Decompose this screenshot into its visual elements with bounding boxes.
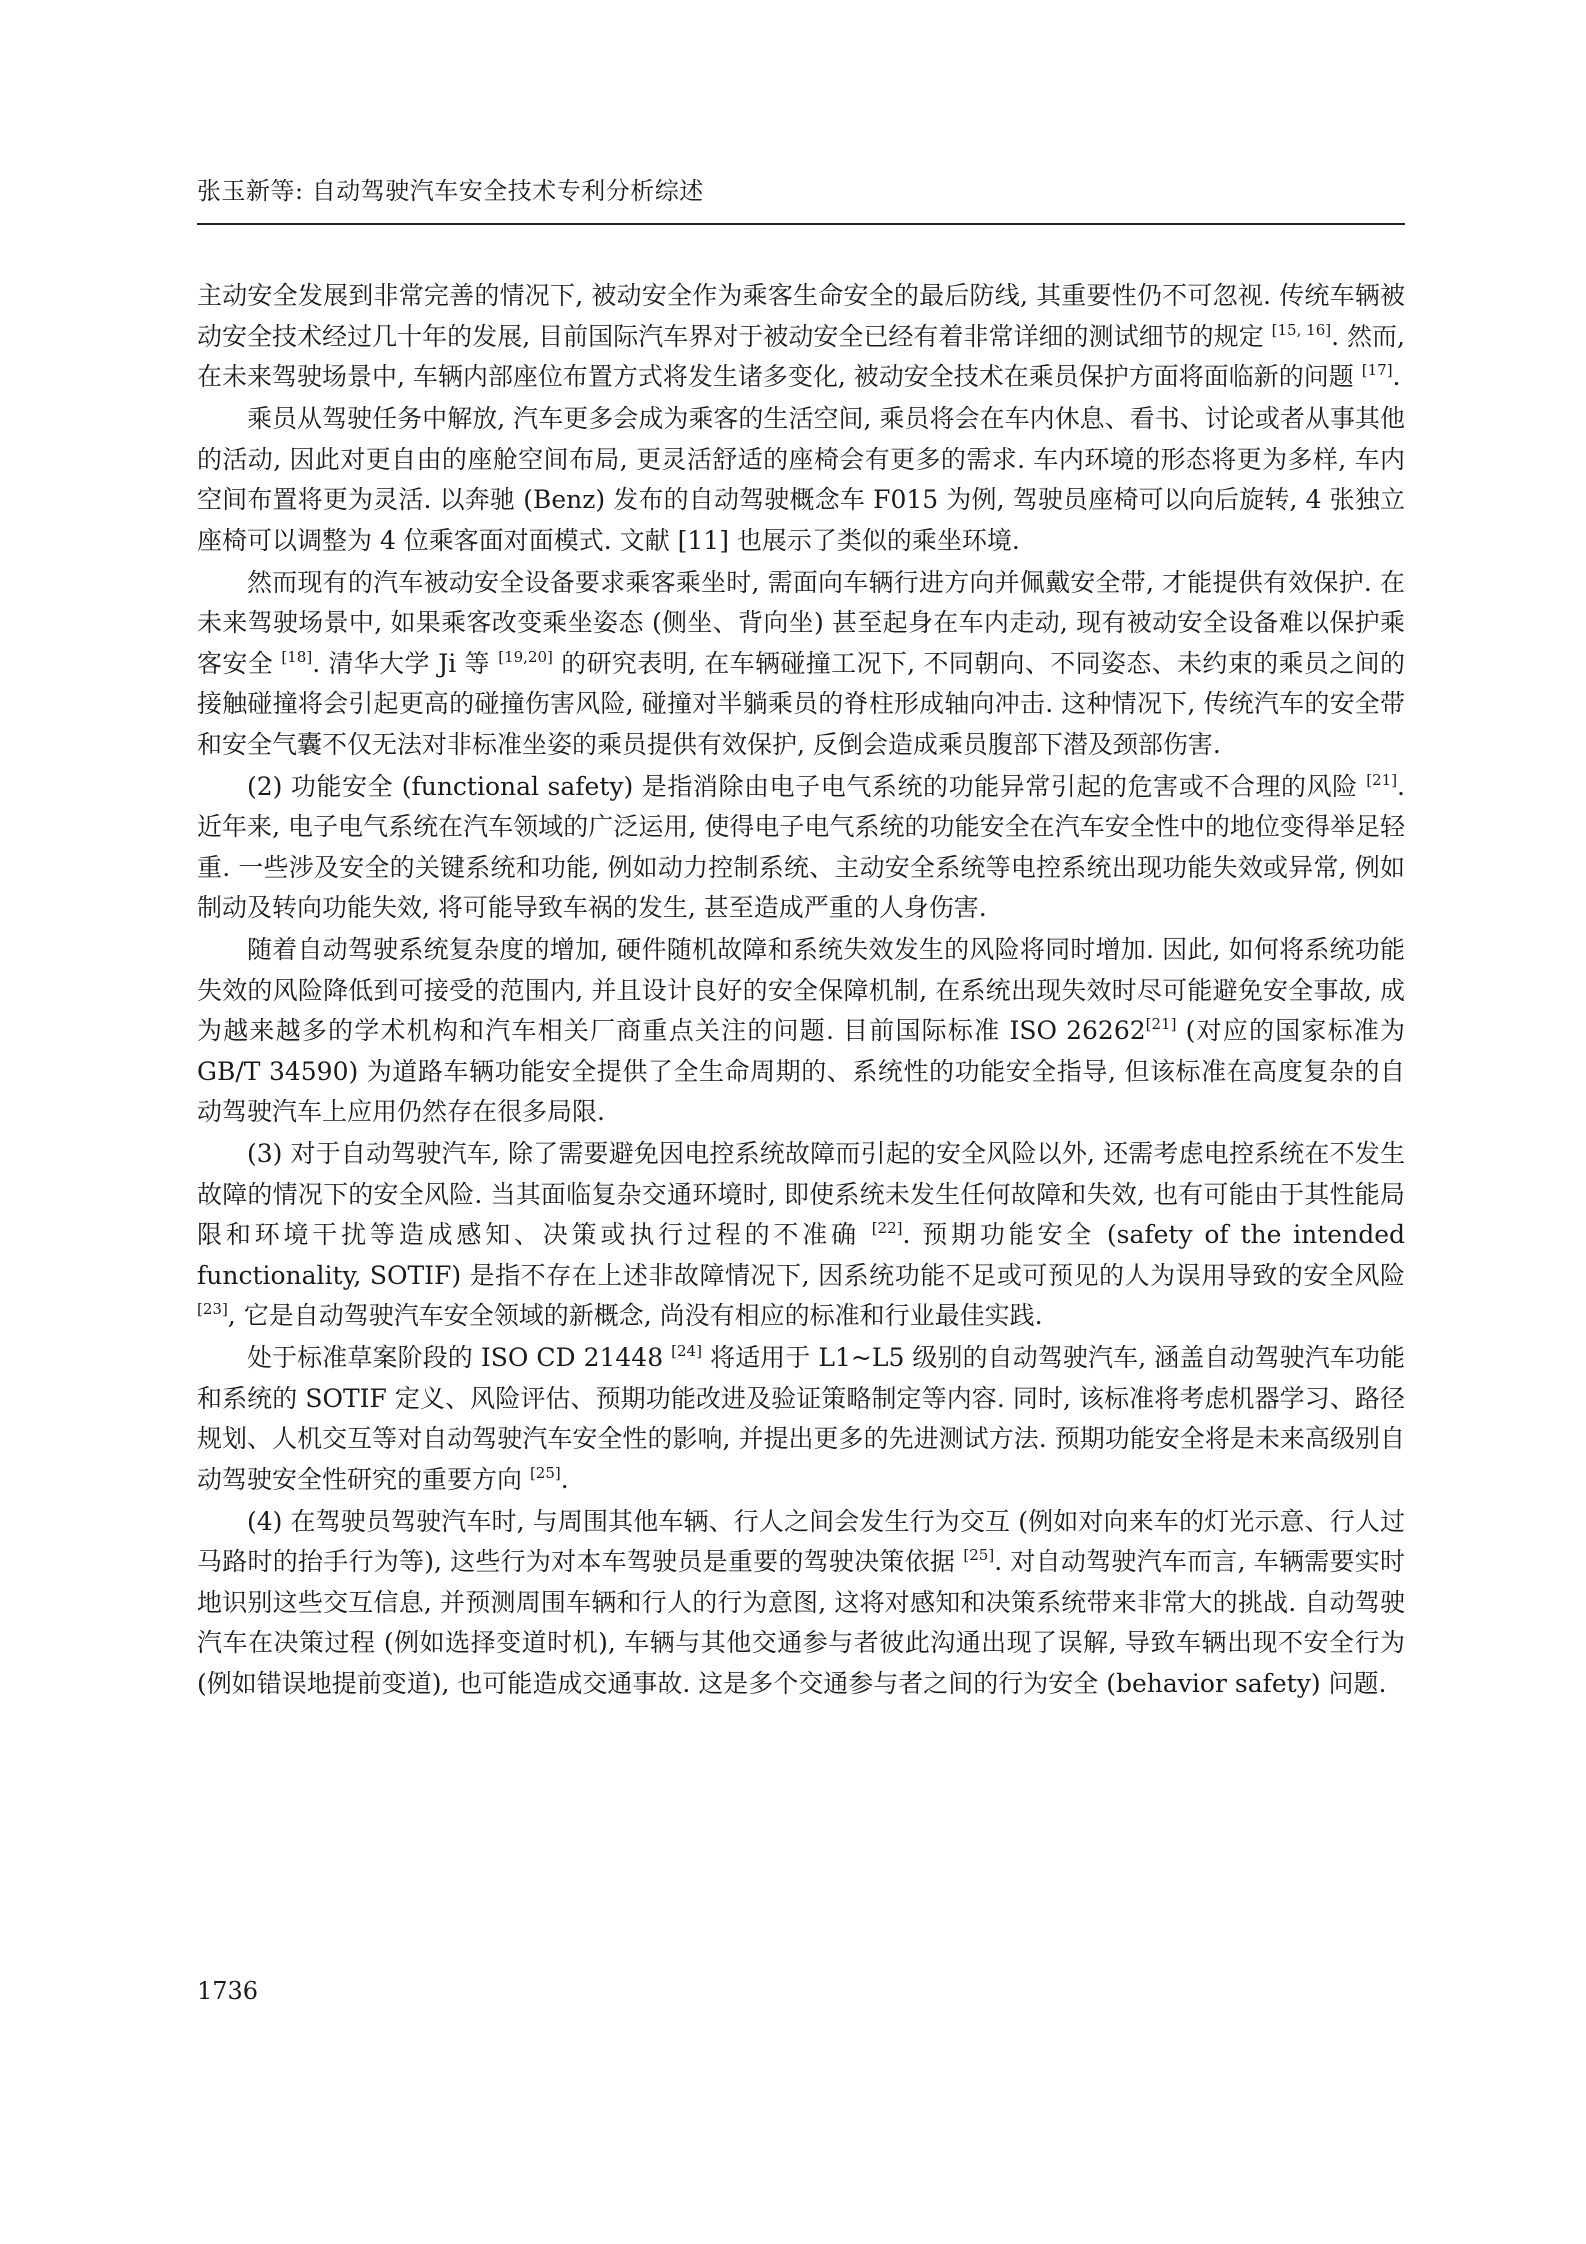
paragraph-text: . 清华大学 Ji 等	[312, 649, 498, 678]
citation-reference[interactable]: [15, 16]	[1272, 321, 1331, 339]
citation-reference[interactable]: [17]	[1362, 361, 1393, 379]
paragraph: (4) 在驾驶员驾驶汽车时, 与周围其他车辆、行人之间会发生行为交互 (例如对向…	[197, 1502, 1405, 1705]
article-body: 主动安全发展到非常完善的情况下, 被动安全作为乘客生命安全的最后防线, 其重要性…	[197, 276, 1405, 1706]
paragraph-text: .	[561, 1465, 569, 1494]
paragraph-text: , 它是自动驾驶汽车安全领域的新概念, 尚没有相应的标准和行业最佳实践.	[228, 1301, 1043, 1330]
citation-reference[interactable]: [18]	[281, 648, 312, 666]
paragraph: 处于标准草案阶段的 ISO CD 21448 [24] 将适用于 L1~L5 级…	[197, 1338, 1405, 1500]
paragraph: (2) 功能安全 (functional safety) 是指消除由电子电气系统…	[197, 767, 1405, 929]
header-rule	[197, 223, 1405, 225]
paragraph: 然而现有的汽车被动安全设备要求乘客乘坐时, 需面向车辆行进方向并佩戴安全带, 才…	[197, 563, 1405, 766]
citation-reference[interactable]: [22]	[872, 1219, 903, 1237]
running-title: 张玉新等: 自动驾驶汽车安全技术专利分析综述	[197, 176, 1405, 206]
page-number: 1736	[197, 1977, 258, 2005]
citation-reference[interactable]: [23]	[197, 1300, 228, 1318]
paragraph: 随着自动驾驶系统复杂度的增加, 硬件随机故障和系统失效发生的风险将同时增加. 因…	[197, 930, 1405, 1133]
citation-reference[interactable]: [21]	[1146, 1015, 1177, 1033]
running-header: 张玉新等: 自动驾驶汽车安全技术专利分析综述	[197, 176, 1405, 206]
paragraph: (3) 对于自动驾驶汽车, 除了需要避免因电控系统故障而引起的安全风险以外, 还…	[197, 1134, 1405, 1337]
citation-reference[interactable]: [24]	[671, 1342, 702, 1360]
paragraph-text: (2) 功能安全 (functional safety) 是指消除由电子电气系统…	[247, 772, 1366, 801]
paragraph-text: 处于标准草案阶段的 ISO CD 21448	[247, 1343, 671, 1372]
paragraph: 乘员从驾驶任务中解放, 汽车更多会成为乘客的生活空间, 乘员将会在车内休息、看书…	[197, 399, 1405, 561]
citation-reference[interactable]: [25]	[530, 1464, 561, 1482]
citation-reference[interactable]: [25]	[963, 1546, 994, 1564]
paragraph: 主动安全发展到非常完善的情况下, 被动安全作为乘客生命安全的最后防线, 其重要性…	[197, 276, 1405, 398]
paragraph-text: .	[1393, 362, 1401, 391]
citation-reference[interactable]: [19,20]	[498, 648, 553, 666]
paragraph-text: 乘员从驾驶任务中解放, 汽车更多会成为乘客的生活空间, 乘员将会在车内休息、看书…	[197, 404, 1405, 555]
paragraph-text: 主动安全发展到非常完善的情况下, 被动安全作为乘客生命安全的最后防线, 其重要性…	[197, 281, 1405, 351]
citation-reference[interactable]: [21]	[1366, 771, 1397, 789]
